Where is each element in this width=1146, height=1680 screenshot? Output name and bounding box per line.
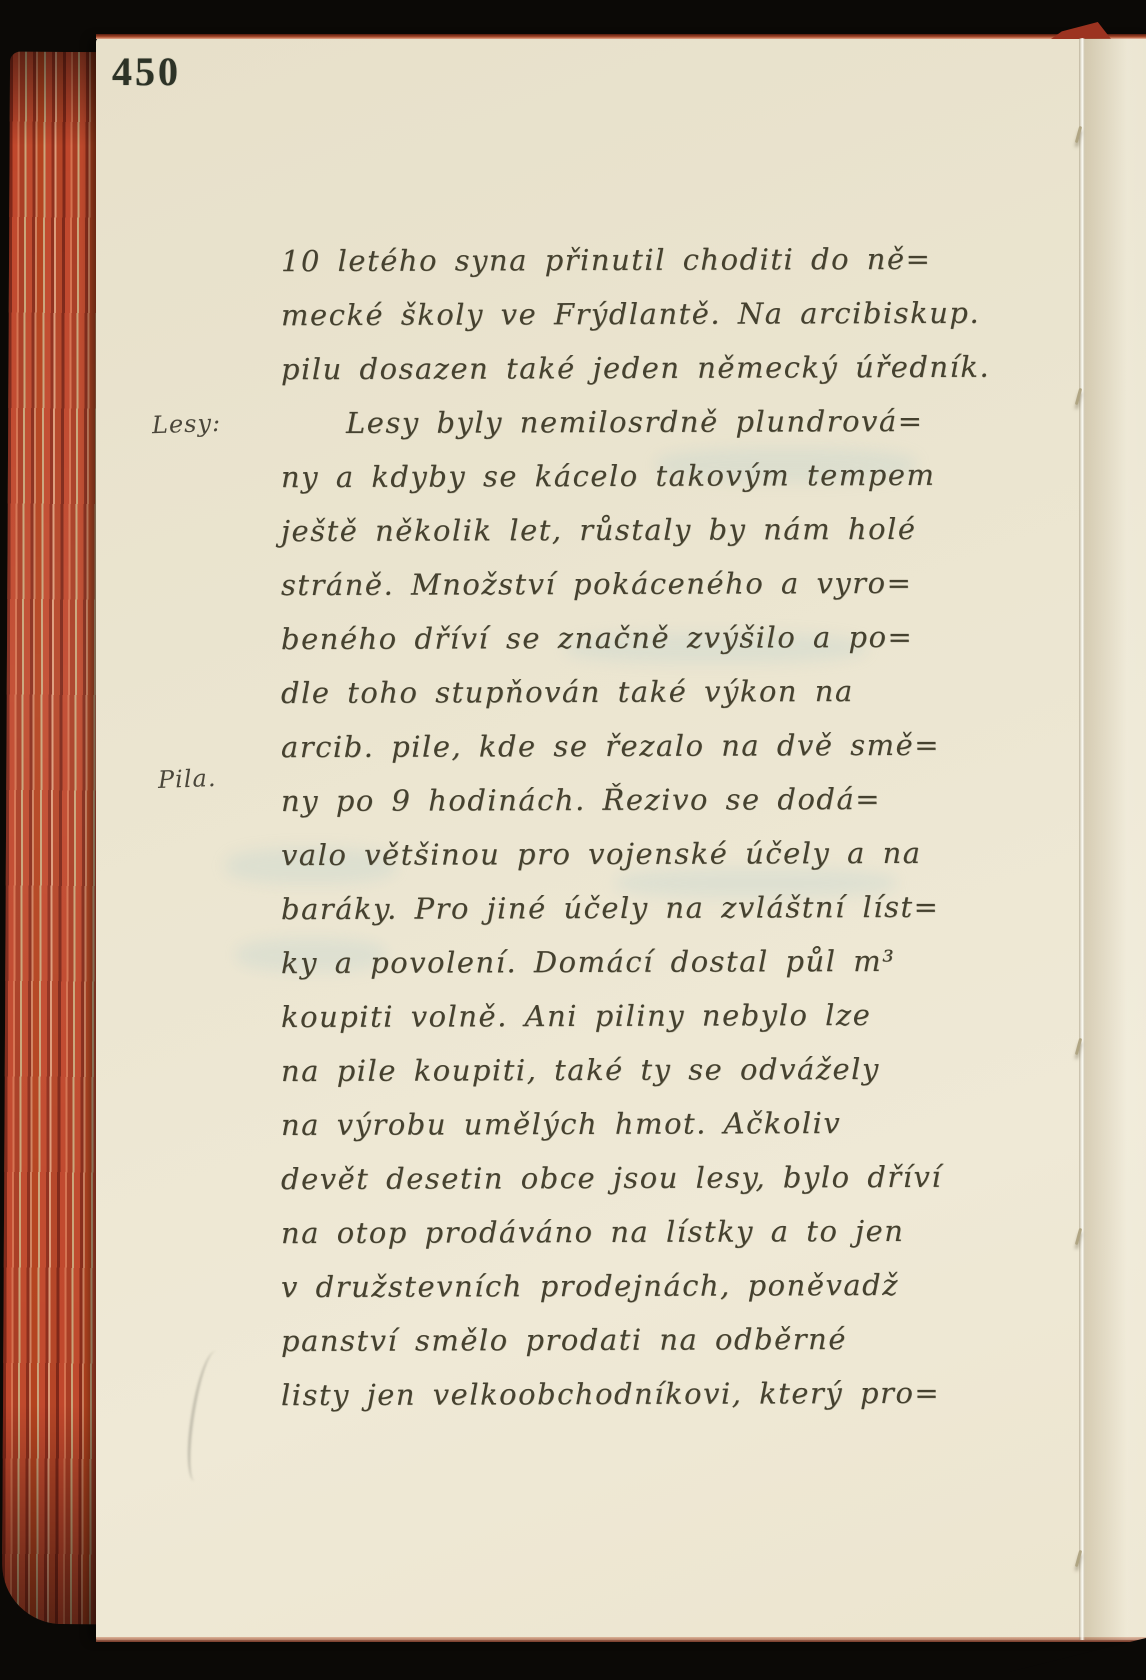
manuscript-line: arcib. pile, kde se řezalo na dvě smě=: [281, 728, 940, 764]
manuscript-line: beného dříví se značně zvýšilo a po=: [281, 620, 913, 656]
manuscript-line: baráky. Pro jiné účely na zvláštní líst=: [281, 890, 940, 926]
manuscript-text: Lesy: Pila. 10 letého syna přinutil chod…: [96, 38, 1146, 1640]
chronicle-photo: 450 Lesy: Pila. 10 letého syna přinutil …: [0, 0, 1146, 1680]
manuscript-line: na otop prodáváno na lístky a to jen: [281, 1214, 905, 1250]
manuscript-line: dle toho stupňován také výkon na: [281, 674, 854, 710]
manuscript-line: Lesy byly nemilosrdně plundrová=: [346, 404, 924, 440]
manuscript-line: mecké školy ve Frýdlantě. Na arcibiskup.: [281, 296, 980, 332]
manuscript-line: devět desetin obce jsou lesy, bylo dříví: [281, 1160, 942, 1196]
manuscript-line: pilu dosazen také jeden německý úředník.: [281, 350, 990, 386]
manuscript-line: stráně. Množství pokáceného a vyro=: [281, 566, 912, 602]
manuscript-line: valo většinou pro vojenské účely a na: [281, 836, 922, 872]
manuscript-line: na výrobu umělých hmot. Ačkoliv: [281, 1106, 841, 1142]
binding-crease: [1079, 38, 1085, 1640]
manuscript-line: 10 letého syna přinutil choditi do ně=: [281, 242, 932, 278]
manuscript-line: koupiti volně. Ani piliny nebylo lze: [281, 998, 871, 1034]
manuscript-line: v družstevních prodejnách, poněvadž: [281, 1268, 899, 1304]
manuscript-line: listy jen velkoobchodníkovi, který pro=: [281, 1376, 940, 1412]
bottom-shadow-wedge: [1010, 1638, 1146, 1680]
margin-note-pila: Pila.: [158, 764, 217, 794]
manuscript-line: ještě několik let, růstaly by nám holé: [281, 512, 917, 548]
manuscript-line: ky a povolení. Domácí dostal půl m³: [281, 944, 895, 980]
manuscript-line: ny po 9 hodinách. Řezivo se dodá=: [281, 782, 881, 818]
manuscript-line: na pile koupiti, také ty se odvážely: [281, 1052, 880, 1088]
chronicle-page: 450 Lesy: Pila. 10 letého syna přinutil …: [96, 38, 1146, 1640]
margin-note-lesy: Lesy:: [152, 409, 222, 439]
manuscript-line: ny a kdyby se kácelo takovým tempem: [281, 458, 936, 494]
manuscript-line: panství smělo prodati na odběrné: [281, 1322, 847, 1358]
red-corner-edge: [1051, 22, 1111, 39]
